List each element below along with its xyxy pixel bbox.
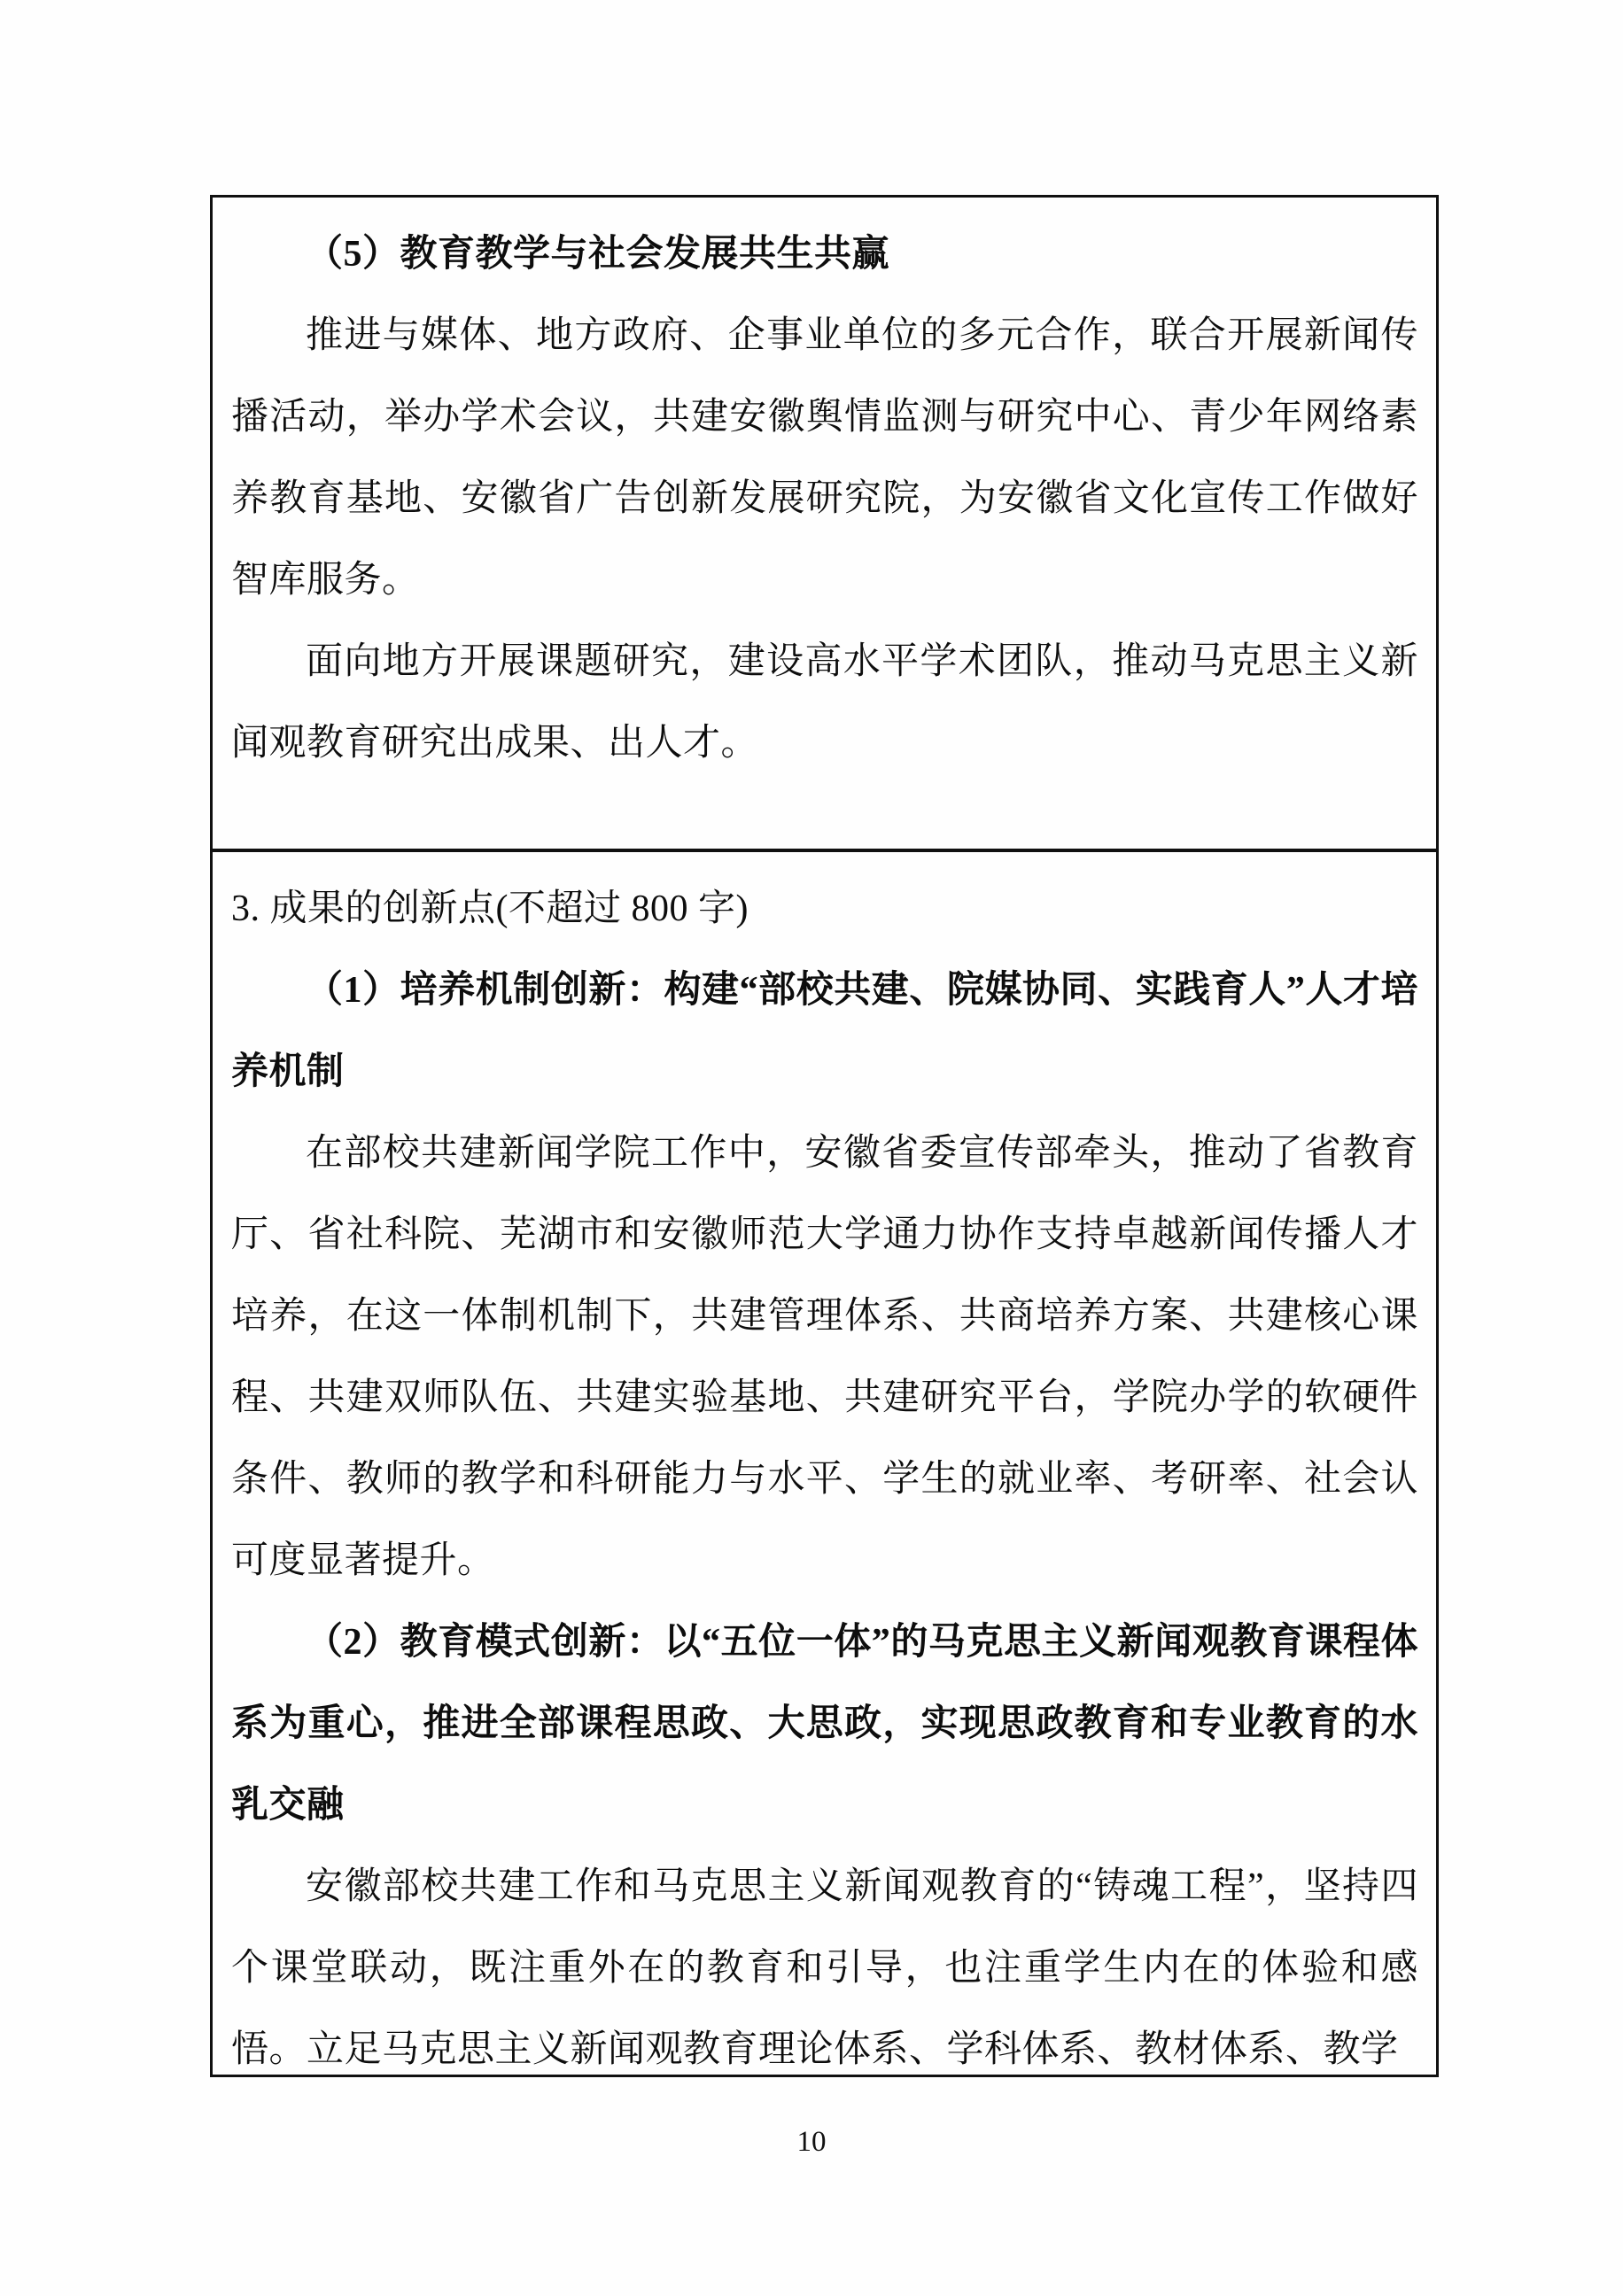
section5-cell: （5）教育教学与社会发展共生共赢 推进与媒体、地方政府、企事业单位的多元合作，联… [213, 198, 1436, 849]
section3-item2-paragraph: 安徽部校共建工作和马克思主义新闻观教育的“铸魂工程”，坚持四个课堂联动，既注重外… [231, 1846, 1418, 2075]
section3-item1-heading: （1）培养机制创新：构建“部校共建、院媒协同、实践育人”人才培养机制 [231, 950, 1418, 1113]
document-page: （5）教育教学与社会发展共生共赢 推进与媒体、地方政府、企事业单位的多元合作，联… [0, 0, 1623, 2296]
section3-item2-heading: （2）教育模式创新：以“五位一体”的马克思主义新闻观教育课程体系为重心，推进全部… [231, 1602, 1418, 1846]
section3-cell: 3. 成果的创新点(不超过 800 字) （1）培养机制创新：构建“部校共建、院… [213, 849, 1436, 2075]
section5-paragraph-1: 推进与媒体、地方政府、企事业单位的多元合作，联合开展新闻传播活动，举办学术会议，… [231, 295, 1418, 621]
section3-item1-paragraph: 在部校共建新闻学院工作中，安徽省委宣传部牵头，推动了省教育厅、省社科院、芜湖市和… [231, 1113, 1418, 1602]
page-number: 10 [0, 2126, 1623, 2159]
form-table: （5）教育教学与社会发展共生共赢 推进与媒体、地方政府、企事业单位的多元合作，联… [210, 195, 1439, 2077]
section3-label: 3. 成果的创新点(不超过 800 字) [231, 868, 1418, 950]
section5-heading: （5）教育教学与社会发展共生共赢 [231, 213, 1418, 295]
section5-paragraph-2: 面向地方开展课题研究，建设高水平学术团队，推动马克思主义新闻观教育研究出成果、出… [231, 621, 1418, 784]
